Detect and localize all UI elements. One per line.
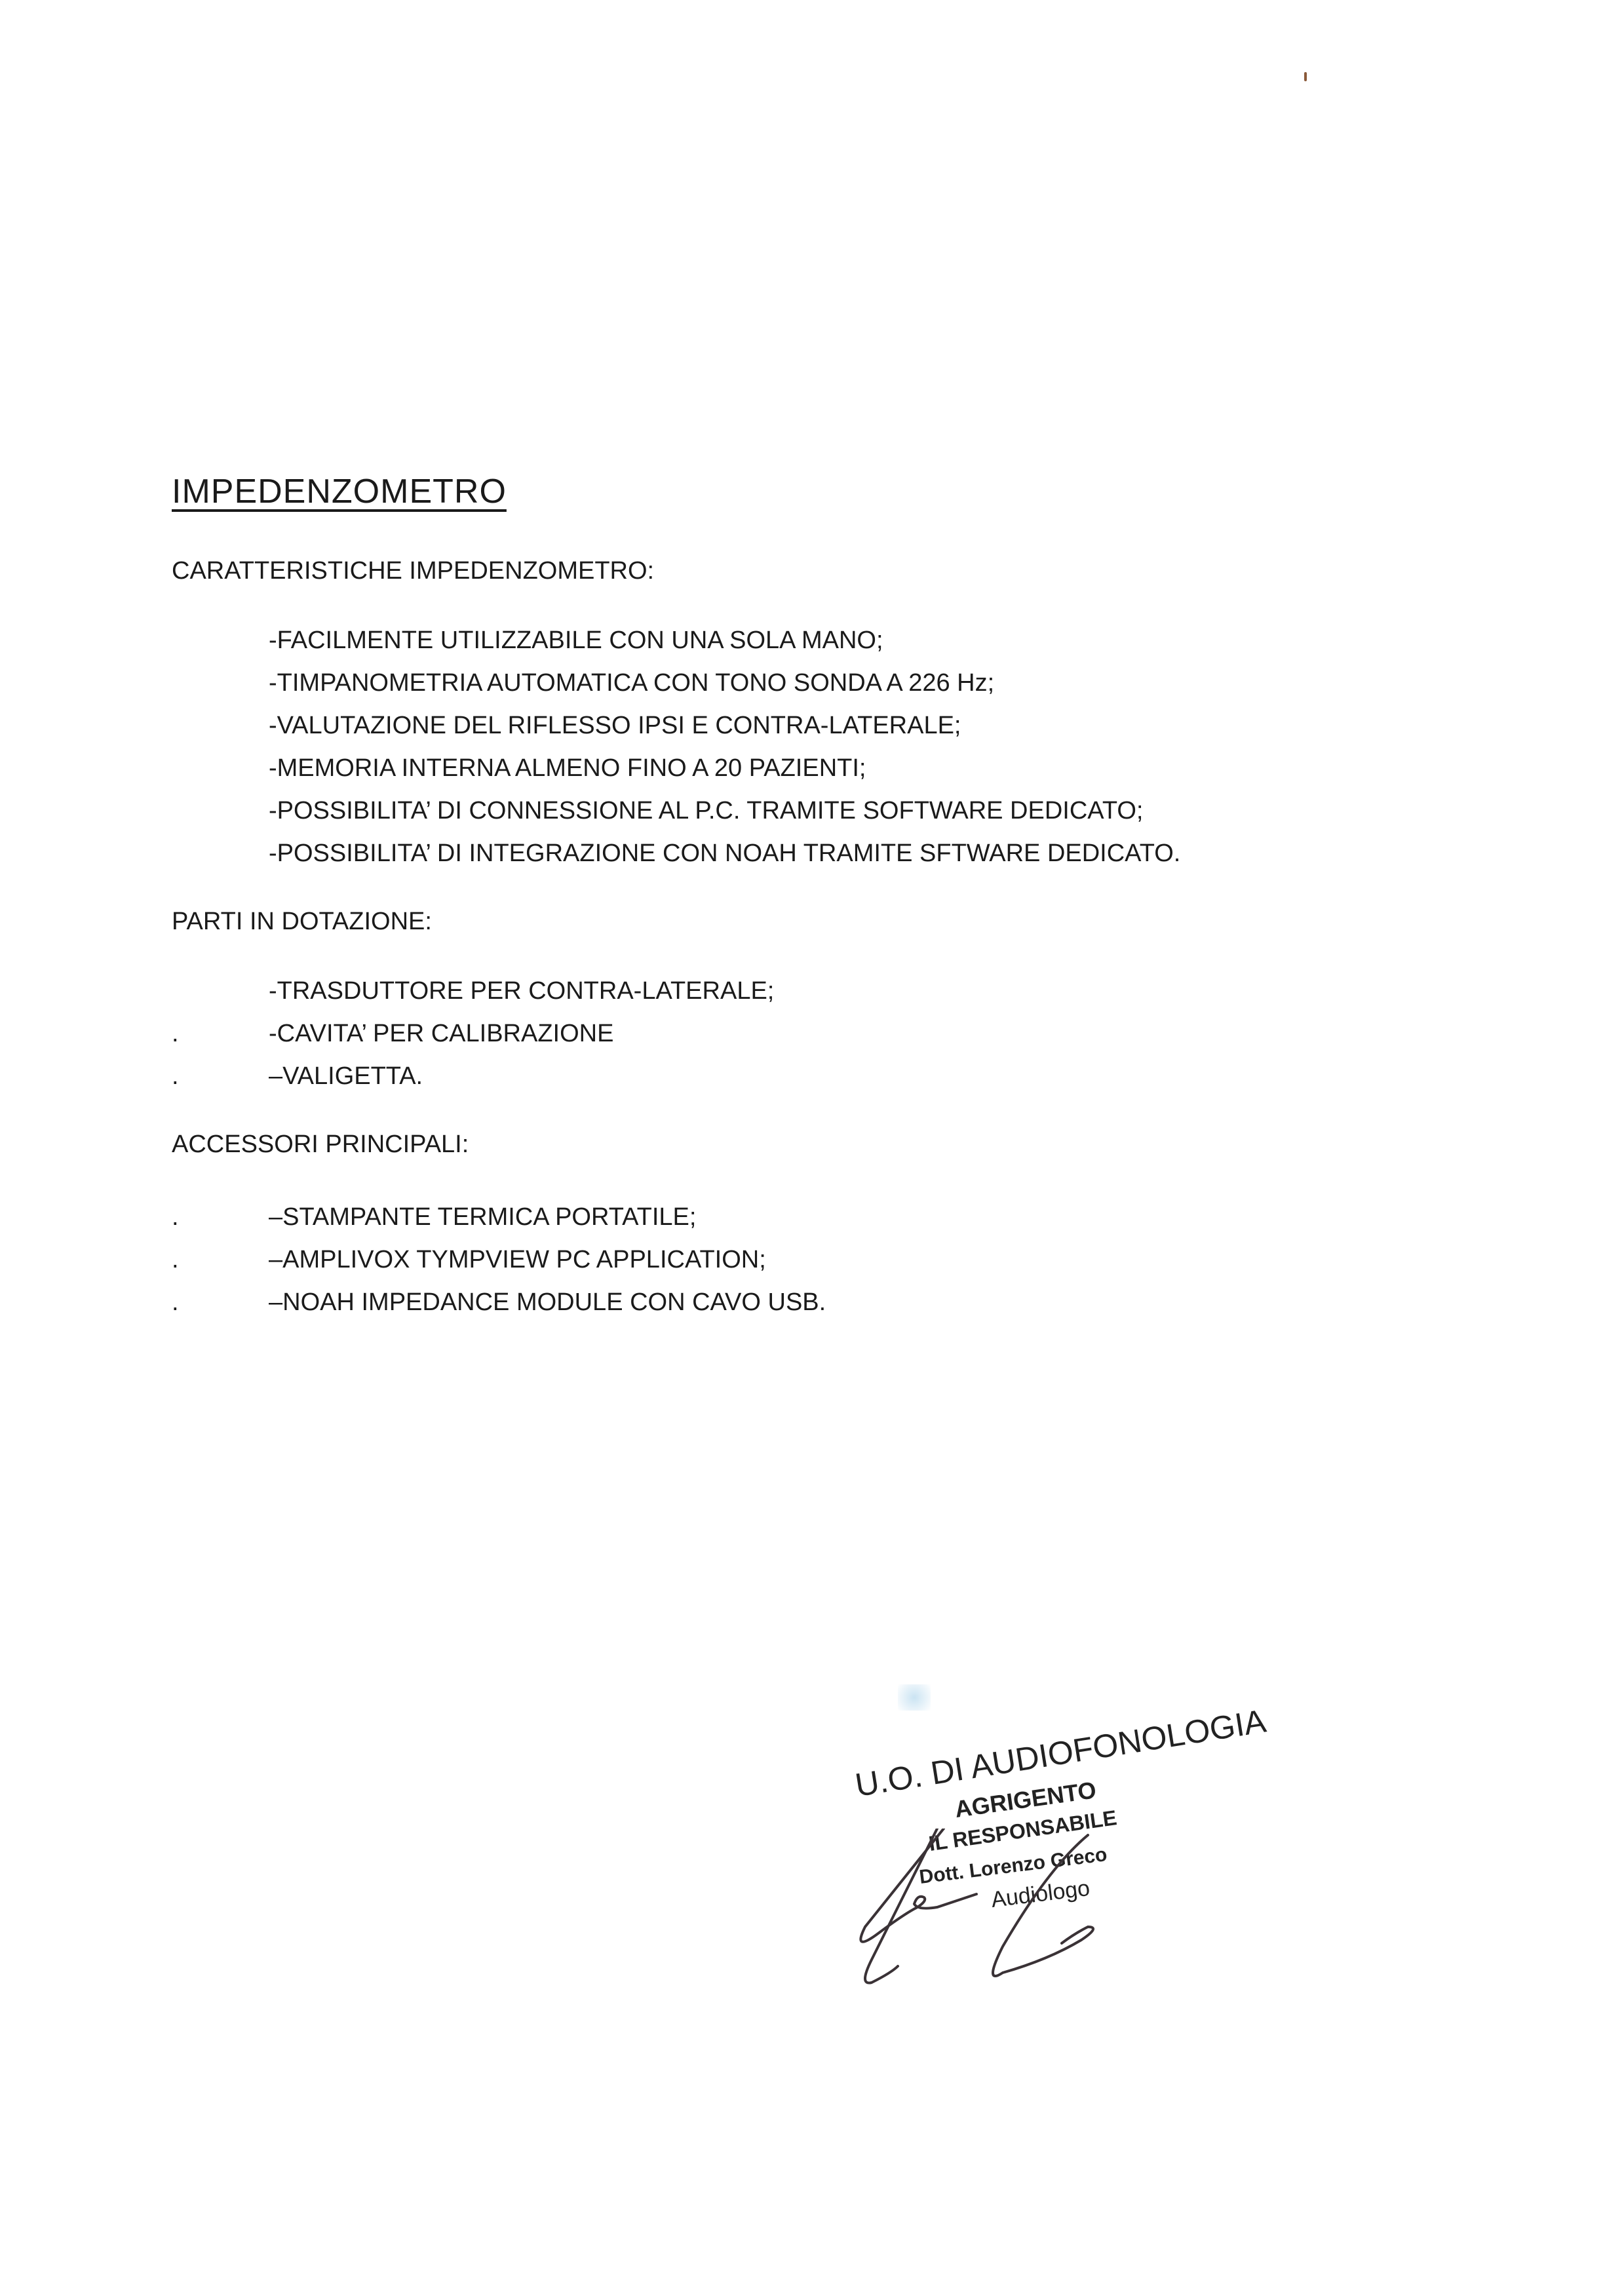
document-title: IMPEDENZOMETRO (172, 472, 507, 511)
section-heading-characteristics: CARATTERISTICHE IMPEDENZOMETRO: (172, 557, 654, 585)
scan-mark (1304, 72, 1307, 81)
document-page: IMPEDENZOMETRO CARATTERISTICHE IMPEDENZO… (0, 0, 1624, 2286)
section-heading-accessories: ACCESSORI PRINCIPALI: (172, 1131, 469, 1159)
section-heading-parts: PARTI IN DOTAZIONE: (172, 908, 432, 936)
handwritten-signature (852, 1829, 1167, 2025)
